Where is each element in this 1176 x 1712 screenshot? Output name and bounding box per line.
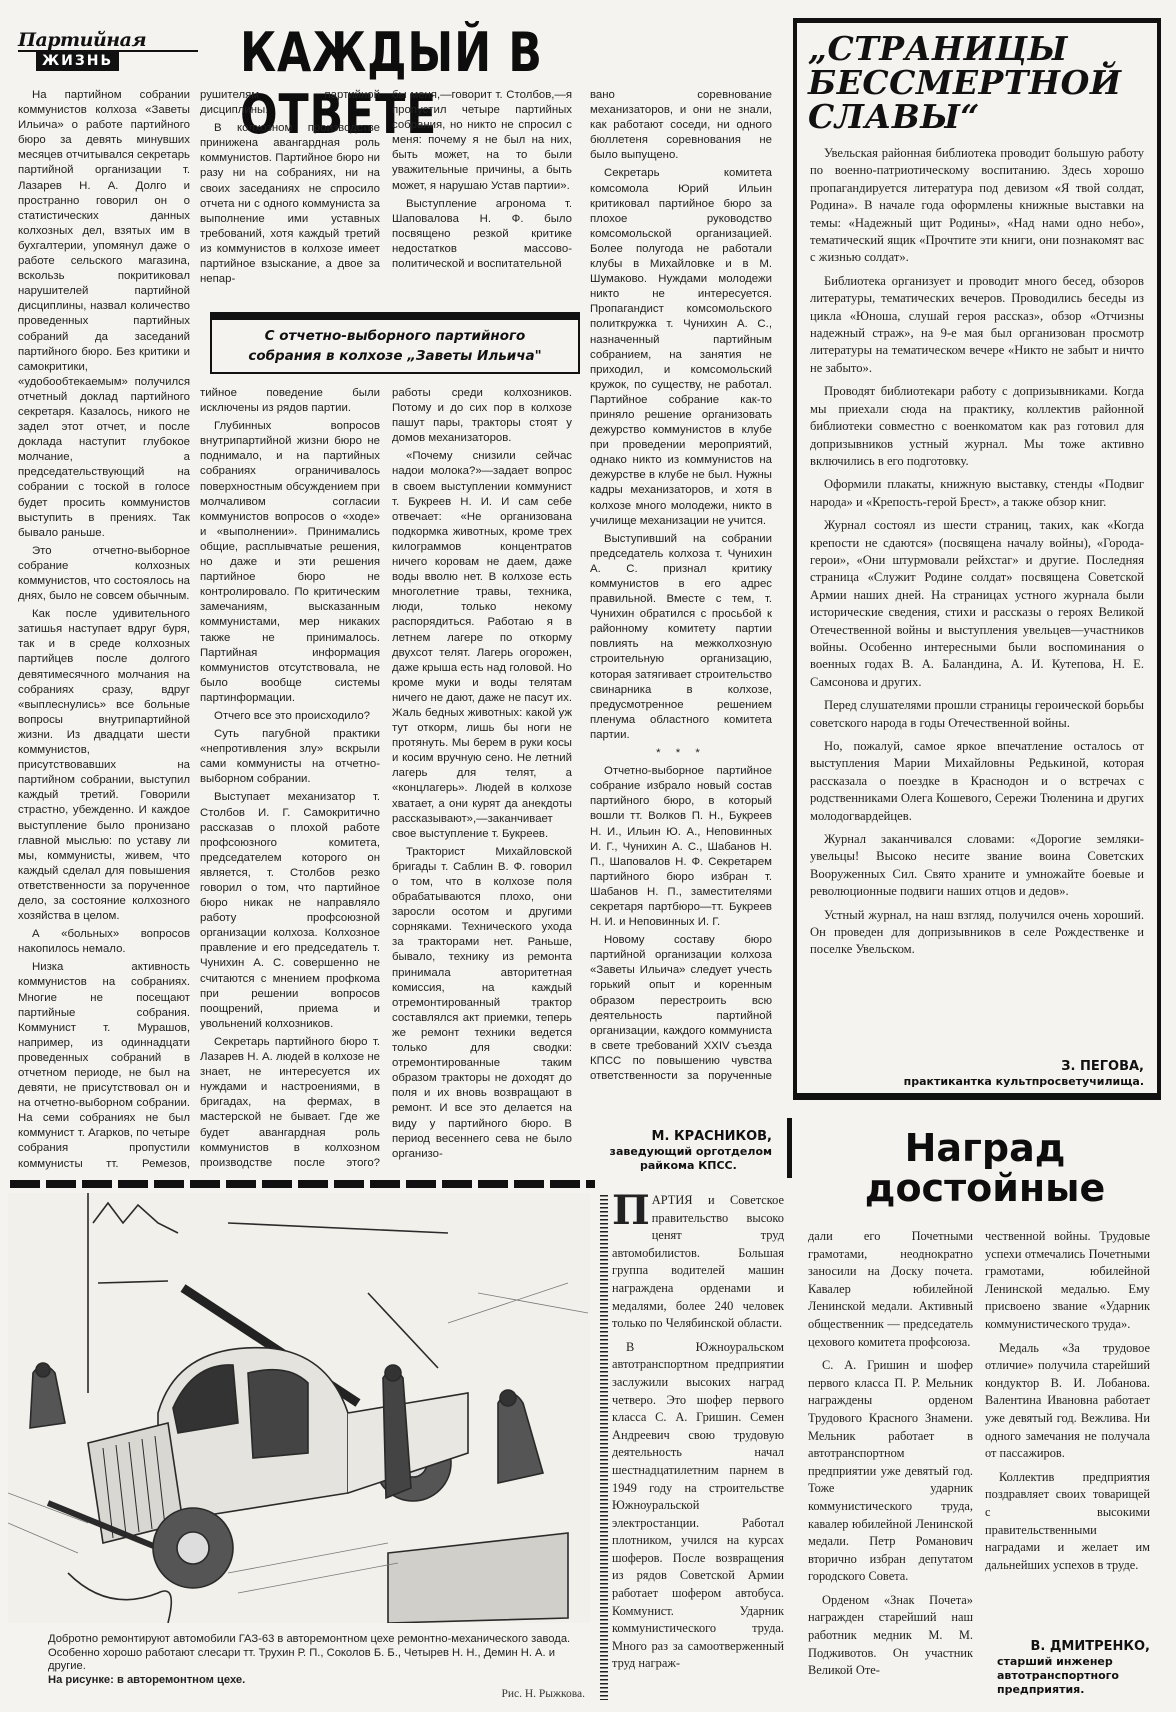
author-name: В. ДМИТРЕНКО,: [985, 1638, 1150, 1655]
title-line: „СТРАНИЦЫ: [808, 32, 1148, 66]
caption-subtitle: На рисунке: в авторемонтном цехе.: [48, 1674, 245, 1686]
title-line: СЛАВЫ“: [808, 100, 1148, 134]
paragraph: Это отчетно-выборное собрание колхозных …: [18, 544, 190, 604]
article2-title: „СТРАНИЦЫ БЕССМЕРТНОЙ СЛАВЫ“: [808, 32, 1148, 134]
article3-column-3: чественной войны. Трудовые успехи отмеча…: [985, 1228, 1150, 1628]
subheading-line1: С отчетно-выборного партийного: [212, 326, 578, 346]
decorative-hatched-rule: [600, 1195, 608, 1700]
paragraph: Коллектив предприятия поздравляет своих …: [985, 1469, 1150, 1575]
author-role: старший инженер автотранспортного предпр…: [985, 1655, 1150, 1697]
article3-signature: В. ДМИТРЕНКО, старший инженер автотрансп…: [985, 1638, 1150, 1697]
paragraph: Орденом «Знак Почета» награжден старейши…: [808, 1592, 973, 1680]
illustration-caption: Добротно ремонтируют автомобили ГАЗ-63 в…: [48, 1633, 588, 1687]
paragraph: Увельская районная библиотека проводит б…: [810, 145, 1144, 267]
illustration-truck-repair: [8, 1193, 590, 1623]
paragraph: Перед слушателями прошли страницы героич…: [810, 697, 1144, 732]
paragraph: Секретарь комитета комсомола Юрий Ильин …: [590, 166, 772, 528]
paragraph: чественной войны. Трудовые успехи отмеча…: [985, 1228, 1150, 1334]
paragraph: вано соревнование механизаторов, и они н…: [590, 88, 772, 163]
article1-column-3-bottom: работы среди колхозников. Потому и до си…: [392, 386, 572, 1173]
title-line: достойные: [830, 1168, 1140, 1208]
paragraph: Новому составу бюро партийной организаци…: [590, 933, 772, 1088]
article2-signature: З. ПЕГОВА, практикантка культпросветучил…: [810, 1058, 1144, 1089]
author-name: М. КРАСНИКОВ,: [590, 1128, 772, 1145]
paragraph: Как после удивительного затишья наступае…: [18, 607, 190, 924]
article3-column-2: дали его Почетными грамотами, неоднократ…: [808, 1228, 973, 1712]
paragraph: Выступает механизатор т. Столбов И. Г. С…: [200, 790, 380, 1032]
paragraph: Суть пагубной практики «непротивления зл…: [200, 727, 380, 787]
paragraph: работы среди колхозников. Потому и до си…: [392, 386, 572, 446]
article1-signature: М. КРАСНИКОВ, заведующий орготделом райк…: [590, 1128, 772, 1173]
paragraph: Проводят библиотекари работу с допризывн…: [810, 383, 1144, 470]
paragraph: Отчетно-выборное партийное собрание избр…: [590, 764, 772, 930]
vertical-divider: [787, 1118, 792, 1178]
truck-drawing-icon: [8, 1193, 590, 1623]
paragraph: Журнал состоял из шести страниц, таких, …: [810, 517, 1144, 691]
paragraph: бы меня,—говорит т. Столбов,—я пропустил…: [392, 88, 572, 194]
paragraph: Устный журнал, на наш взгляд, получился …: [810, 907, 1144, 959]
paragraph: В колхозном производстве принижена аванг…: [200, 121, 380, 287]
illustration-credit: Рис. Н. Рыжкова.: [480, 1688, 585, 1700]
paragraph: На партийном собрании коммунистов колхоз…: [18, 88, 190, 541]
dashed-divider: [10, 1180, 595, 1188]
paragraph: Оформили плакаты, книжную выставку, стен…: [810, 476, 1144, 511]
section-masthead: Партийная ЖИЗНЬ: [18, 30, 198, 72]
paragraph: Но, пожалуй, самое яркое впечатление ост…: [810, 738, 1144, 825]
paragraph: А «больных» вопросов накопилось немало.: [18, 927, 190, 957]
article1-column-3-top: бы меня,—говорит т. Столбов,—я пропустил…: [392, 88, 572, 303]
paragraph: рушителям партийной дисциплины.: [200, 88, 380, 118]
article1-column-4: вано соревнование механизаторов, и они н…: [590, 88, 772, 1088]
title-line: БЕССМЕРТНОЙ: [808, 66, 1148, 100]
masthead-line2: ЖИЗНЬ: [36, 52, 119, 71]
author-role: практикантка культпросветучилища.: [810, 1075, 1144, 1089]
article1-column-1: На партийном собрании коммунистов колхоз…: [18, 88, 190, 1173]
paragraph: Секретарь партийного бюро т. Лазарев Н. …: [200, 1035, 380, 1173]
paragraph: тийное поведение были исключены из рядов…: [200, 386, 380, 416]
article1-column-2-top: рушителям партийной дисциплины. В колхоз…: [200, 88, 380, 303]
paragraph: Выступление агронома т. Шаповалова Н. Ф.…: [392, 197, 572, 272]
paragraph: Медаль «За трудовое отличие» получила ст…: [985, 1340, 1150, 1463]
article3-title: Наград достойные: [830, 1128, 1140, 1208]
article-subheading-box: С отчетно-выборного партийного собрания …: [210, 312, 580, 374]
article3-column-1: ПАРТИЯ и Советское правительство высоко …: [612, 1192, 784, 1712]
author-role: заведующий орготделом: [590, 1145, 772, 1159]
drop-cap: П: [612, 1194, 650, 1228]
subheading-line2: собрания в колхозе „Заветы Ильича": [212, 346, 578, 366]
section-separator: * * *: [590, 746, 772, 761]
paragraph: ПАРТИЯ и Советское правительство высоко …: [612, 1192, 784, 1333]
paragraph: «Почему снизили сейчас надои молока?»—за…: [392, 449, 572, 841]
paragraph: Низка активность коммунистов на собрания…: [18, 960, 190, 1173]
paragraph: Отчего все это происходило?: [200, 709, 380, 724]
paragraph: Тракторист Михайловской бригады т. Сабли…: [392, 845, 572, 1162]
article2-body: Увельская районная библиотека проводит б…: [810, 145, 1144, 1035]
paragraph: Журнал заканчивался словами: «Дорогие зе…: [810, 831, 1144, 901]
article1-column-2-bottom: тийное поведение были исключены из рядов…: [200, 386, 380, 1173]
paragraph: дали его Почетными грамотами, неоднократ…: [808, 1228, 973, 1351]
masthead-line1: Партийная: [18, 30, 198, 52]
paragraph: С. А. Гришин и шофер первого класса П. Р…: [808, 1357, 973, 1586]
author-role: райкома КПСС.: [590, 1159, 772, 1173]
paragraph: В Южноуральском автотранспортном предпри…: [612, 1339, 784, 1673]
title-line: Наград: [830, 1128, 1140, 1168]
paragraph: Глубинных вопросов внутрипартийной жизни…: [200, 419, 380, 706]
paragraph: Библиотека организует и проводит много б…: [810, 273, 1144, 377]
paragraph: Выступивший на собрании председатель кол…: [590, 532, 772, 743]
caption-text: Добротно ремонтируют автомобили ГАЗ-63 в…: [48, 1633, 588, 1674]
author-name: З. ПЕГОВА,: [810, 1058, 1144, 1075]
